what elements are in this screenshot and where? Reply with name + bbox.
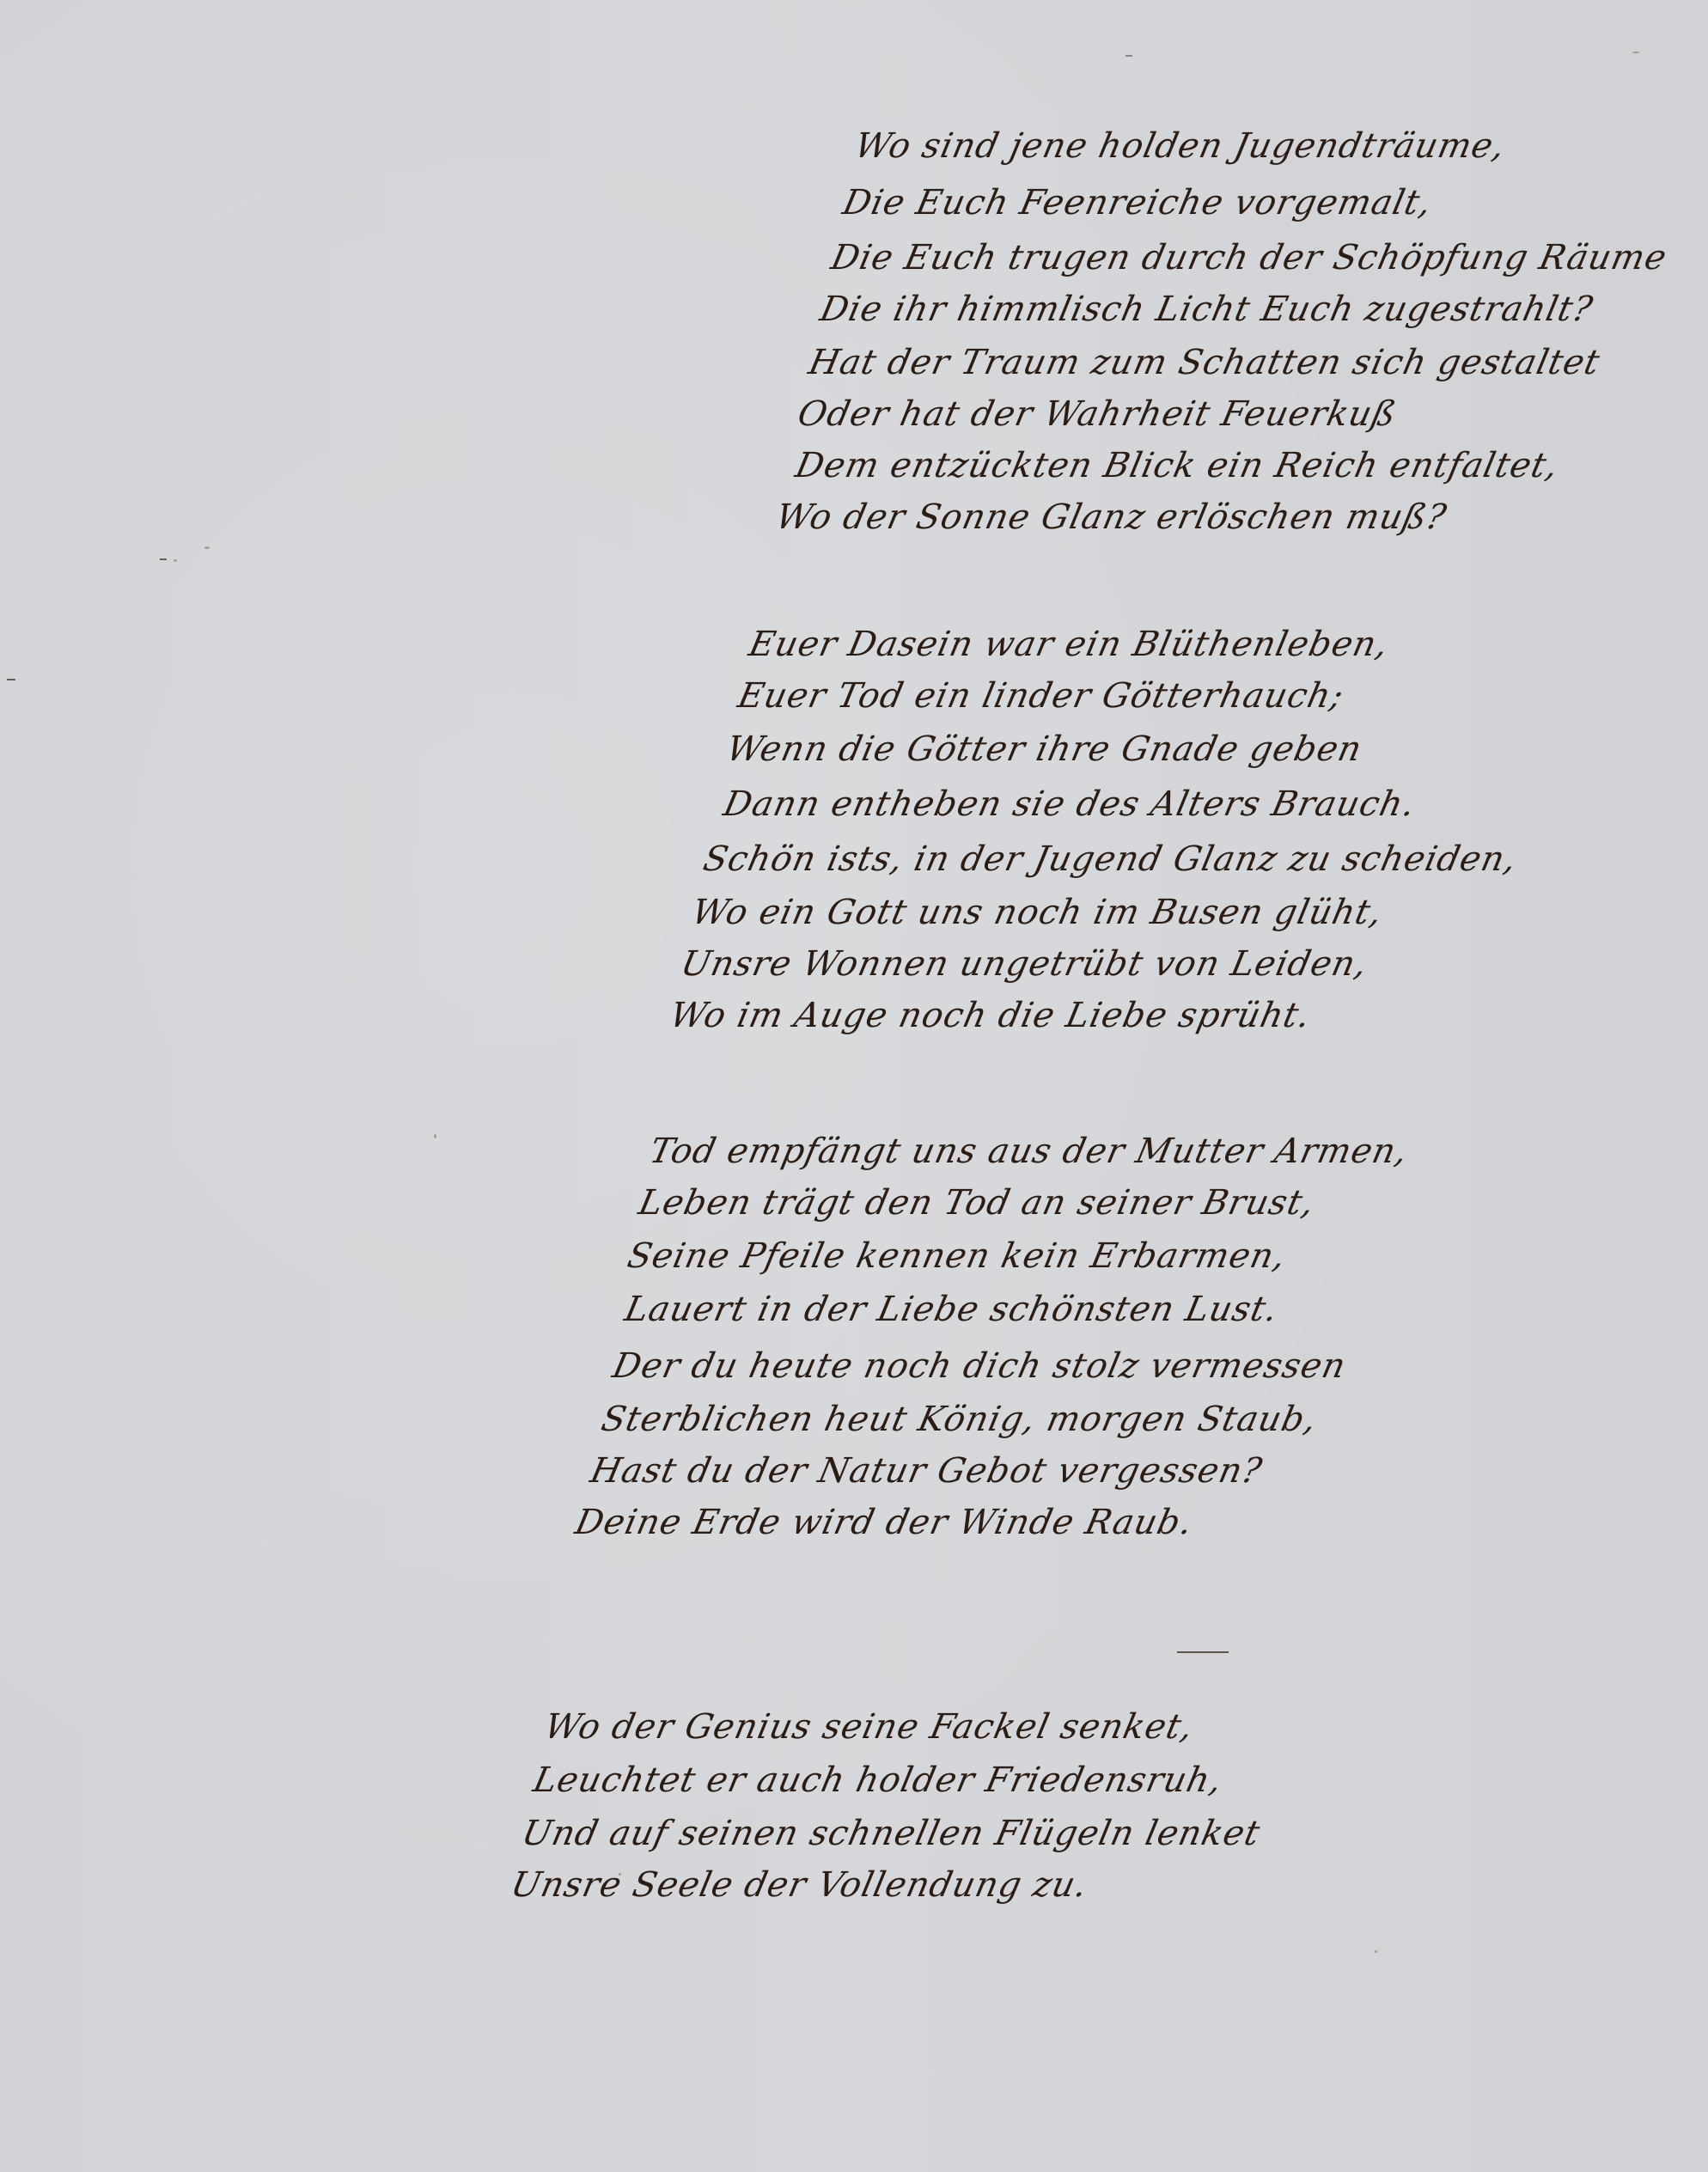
margin-mark (160, 558, 167, 560)
poem-line: Wo der Genius seine Fackel senket, (541, 1710, 1197, 1744)
poem-line: Sterblichen heut König, morgen Staub, (598, 1402, 1320, 1437)
poem-line: Tod empfängt uns aus der Mutter Armen, (647, 1134, 1412, 1168)
paper-speck (174, 559, 177, 562)
poem-line: Wo ein Gott uns noch im Busen glüht, (689, 895, 1386, 930)
poem-line: Und auf seinen schnellen Flügeln lenket (519, 1816, 1263, 1851)
poem-line: Wenn die Götter ihre Gnade geben (723, 732, 1365, 766)
poem-line: Deine Erde wird der Winde Raub. (572, 1505, 1196, 1540)
poem-line: Leuchtet er auch holder Friedensruh, (530, 1763, 1225, 1797)
paper-speck (204, 546, 210, 549)
poem-line: Die Euch Feenreiche vorgemalt, (839, 186, 1435, 220)
poem-line: Unsre Seele der Vollendung zu. (508, 1868, 1090, 1902)
poem-line: Euer Tod ein linder Götterhauch; (735, 679, 1346, 713)
poem-line: Hat der Traum zum Schatten sich gestalte… (806, 345, 1603, 380)
poem-line: Leben trägt den Tod an seiner Brust, (636, 1186, 1318, 1220)
poem-line: Euer Dasein war ein Blüthenleben, (746, 627, 1392, 662)
poem-line: Lauert in der Liebe schönsten Lust. (622, 1292, 1282, 1327)
poem-line: Wo der Sonne Glanz erlöschen muß? (773, 500, 1450, 534)
poem-line: Dann entheben sie des Alters Brauch. (721, 787, 1418, 821)
paper-speck (1632, 52, 1639, 53)
poem-line: Seine Pfeile kennen kein Erbarmen, (625, 1239, 1290, 1273)
margin-mark (7, 679, 15, 680)
poem-line: Unsre Wonnen ungetrübt von Leiden, (678, 947, 1370, 981)
poem-line: Der du heute noch dich stolz vermessen (610, 1349, 1350, 1383)
poem-line: Die Euch trugen durch der Schöpfung Räum… (828, 241, 1670, 275)
poem-line: Dem entzückten Blick ein Reich entfaltet… (792, 448, 1561, 483)
poem-line: Hast du der Natur Gebot vergessen? (588, 1454, 1266, 1488)
stanza-divider (1177, 1651, 1229, 1653)
manuscript-page: Wo sind jene holden Jugendträume, Die Eu… (0, 0, 1708, 2172)
paper-mark (1125, 55, 1132, 57)
poem-line: Schön ists, in der Jugend Glanz zu schei… (700, 842, 1520, 876)
poem-line: Oder hat der Wahrheit Feuerkuß (795, 397, 1400, 431)
paper-speck (1375, 1950, 1377, 1953)
poem-line: Wo im Auge noch die Liebe sprüht. (667, 998, 1314, 1033)
poem-line: Die ihr himmlisch Licht Euch zugestrahlt… (817, 292, 1595, 326)
poem-line: Wo sind jene holden Jugendträume, (851, 129, 1508, 163)
paper-speck (434, 1134, 436, 1138)
